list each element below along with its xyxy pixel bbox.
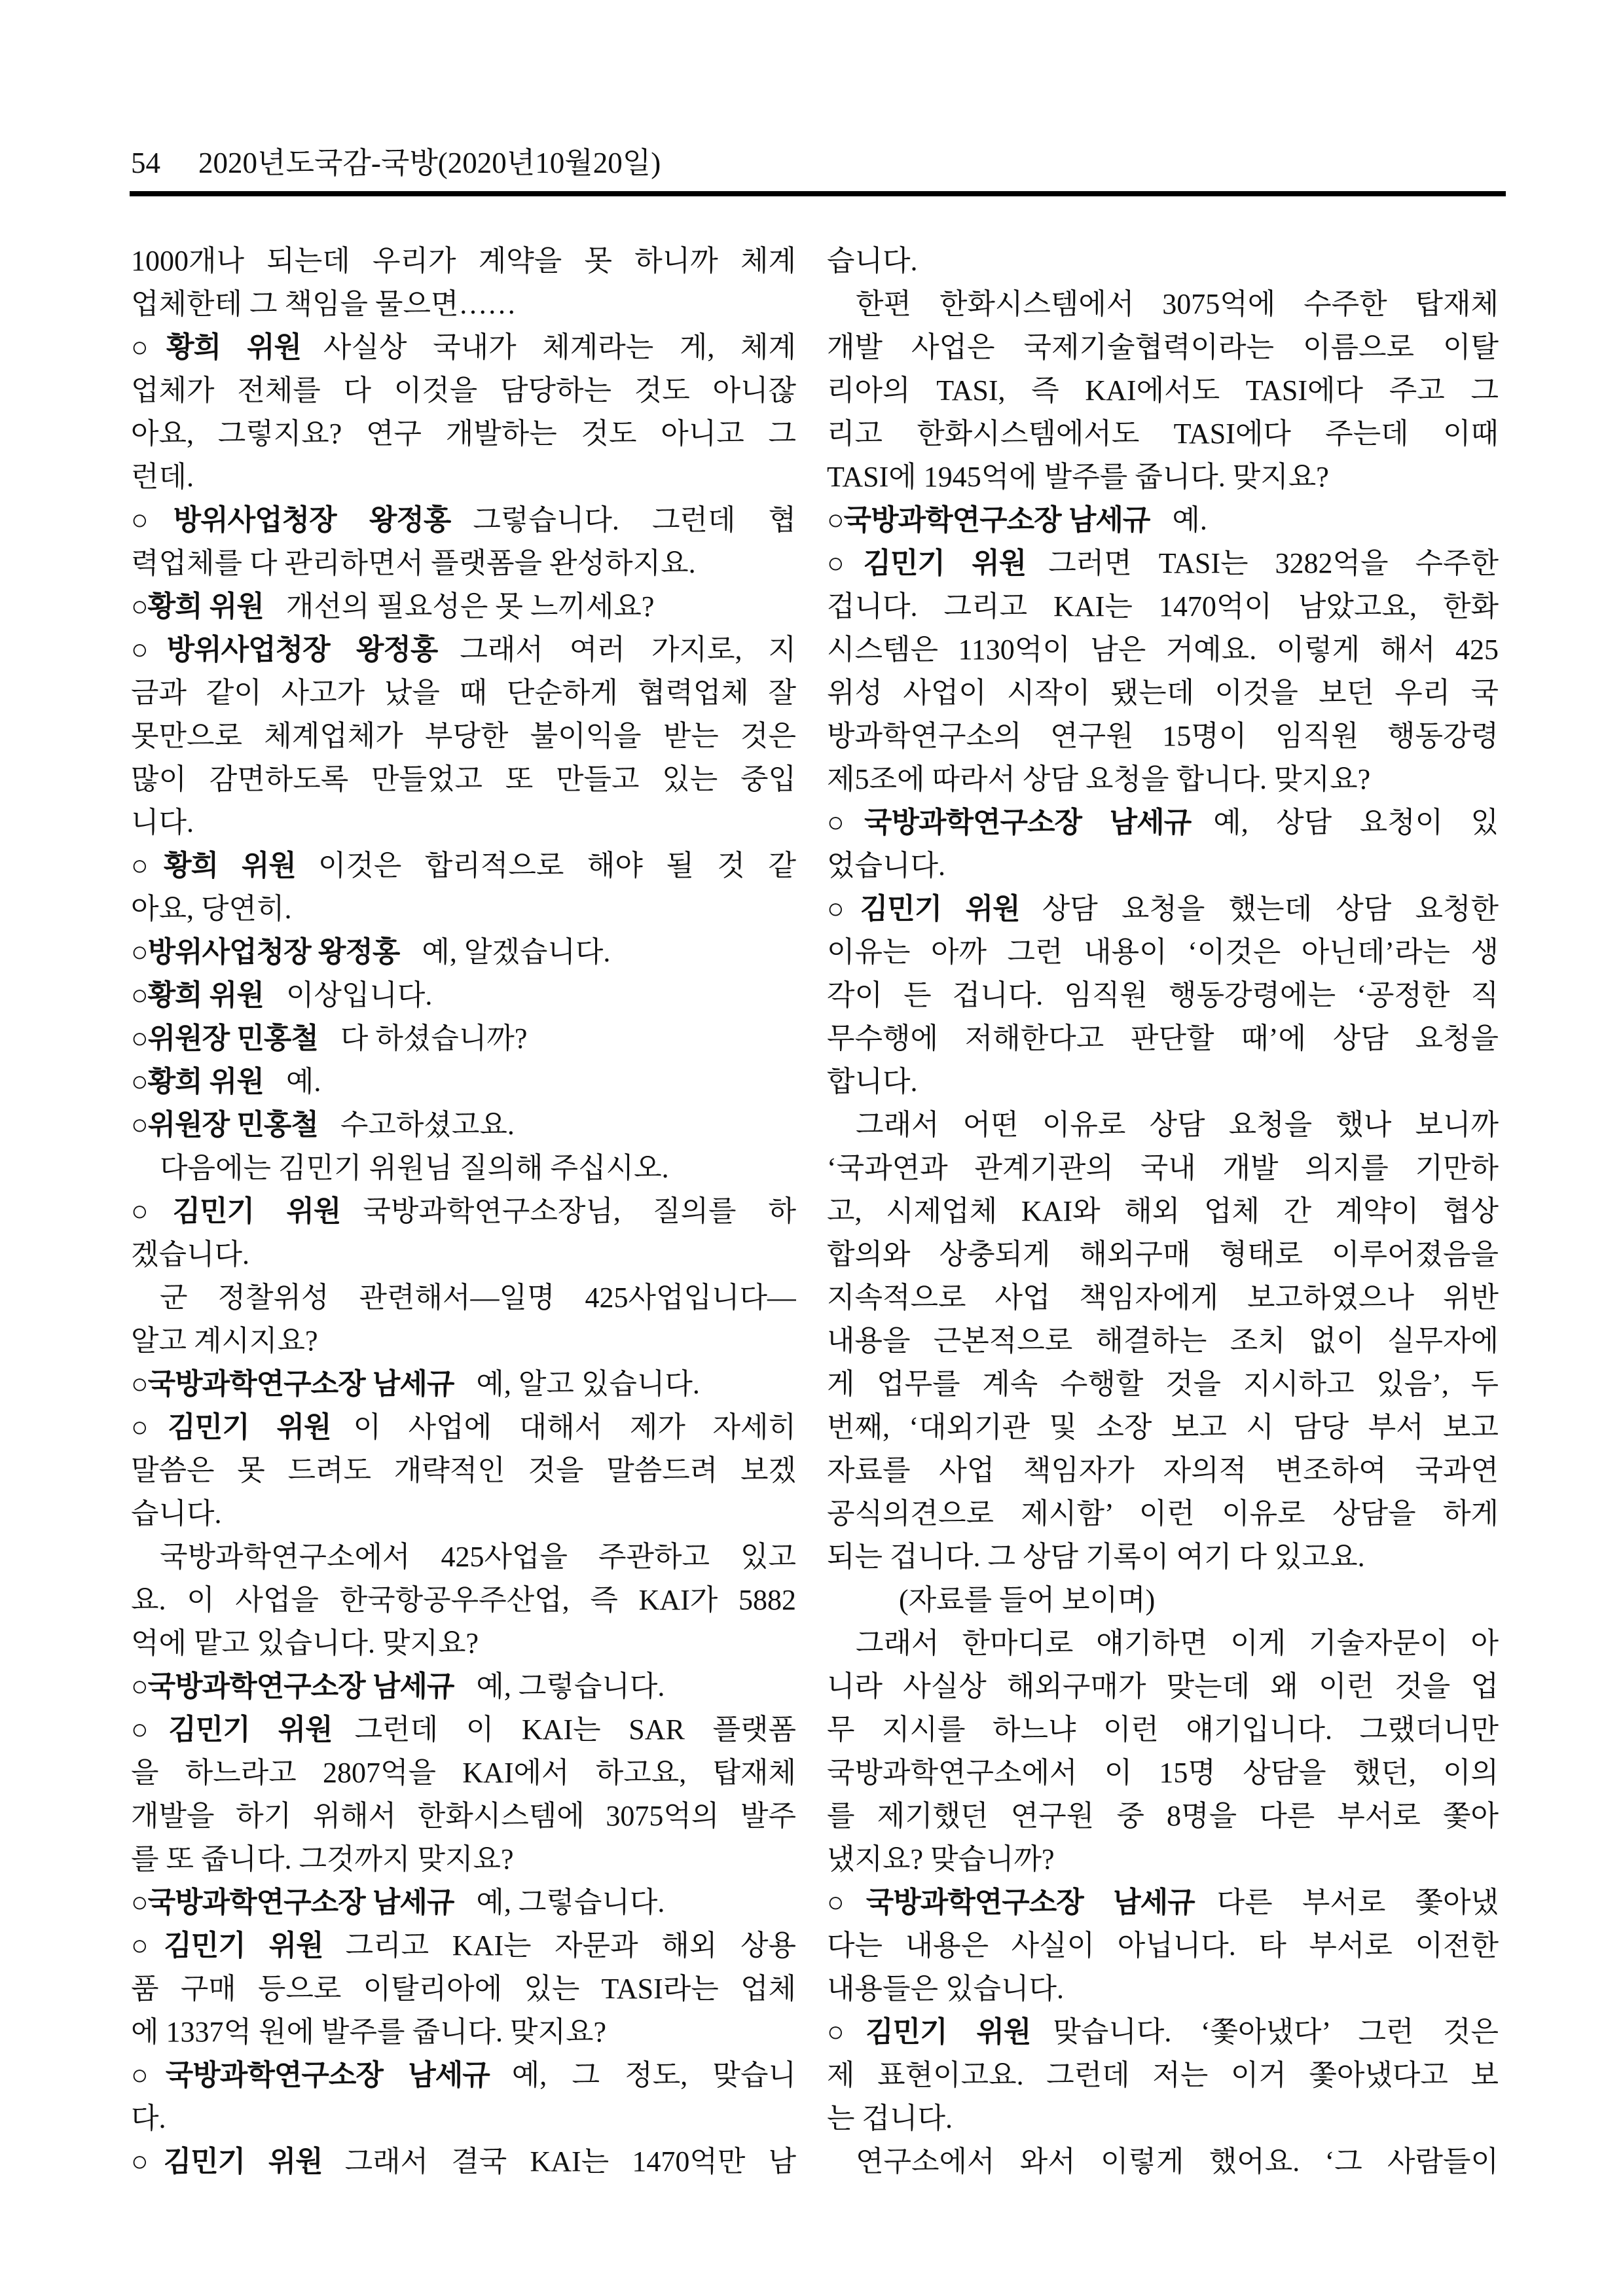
text-line: 합니다. <box>827 1060 1499 1103</box>
text-line: 다는 내용은 사실이 아닙니다. 타 부서로 이전한 <box>827 1924 1499 1967</box>
text-column-right: 습니다.한편 한화시스템에서 3075억에 수주한 탑재체개발 사업은 국제기술… <box>827 240 1499 2183</box>
text-line: 요. 이 사업을 한국항공우주산업, 즉 KAI가 5882 <box>131 1579 796 1622</box>
text-line: ○국방과학연구소장 남세규예, 그렇습니다. <box>131 1665 796 1708</box>
text-line: 리고 한화시스템에서도 TASI에다 주는데 이때 <box>827 412 1499 456</box>
text-line: 을 하느라고 2807억을 KAI에서 하고요, 탑재체 <box>131 1751 796 1795</box>
text-line: 품 구매 등으로 이탈리아에 있는 TASI라는 업체 <box>131 1967 796 2011</box>
speaker-name: ○김민기 위원 <box>131 2145 323 2178</box>
speaker-name: ○국방과학연구소장 남세규 <box>131 2059 490 2091</box>
text-line: 제5조에 따라서 상담 요청을 합니다. 맞지요? <box>827 758 1499 801</box>
text-line: 자료를 사업 책임자가 자의적 변조하여 국과연 <box>827 1449 1499 1492</box>
speaker-name: ○국방과학연구소장 남세규 <box>827 806 1191 838</box>
text-line: ○국방과학연구소장 남세규예, 그렇습니다. <box>131 1881 796 1924</box>
text-line: 는 겁니다. <box>827 2097 1499 2140</box>
text-line: 를 제기했던 연구원 중 8명을 다른 부서로 쫓아 <box>827 1795 1499 1838</box>
speaker-name: ○국방과학연구소장 남세규 <box>131 1670 454 1702</box>
text-line: 개발을 하기 위해서 한화시스템에 3075억의 발주 <box>131 1795 796 1838</box>
text-line: 다. <box>131 2097 796 2140</box>
speaker-name: ○황희 위원 <box>131 850 296 882</box>
text-line: ○김민기 위원그래서 결국 KAI는 1470억만 남 <box>131 2140 796 2183</box>
text-line: TASI에 1945억에 발주를 줍니다. 맞지요? <box>827 456 1499 499</box>
text-line: ○국방과학연구소장 남세규예. <box>827 499 1499 542</box>
text-line: 겠습니다. <box>131 1233 796 1276</box>
text-line: ○방위사업청장 왕정홍그래서 여러 가지로, 지 <box>131 628 796 672</box>
text-line: ○김민기 위원그런데 이 KAI는 SAR 플랫폼 <box>131 1708 796 1751</box>
text-line: ○방위사업청장 왕정홍예, 알겠습니다. <box>131 931 796 974</box>
text-line: 습니다. <box>827 240 1499 283</box>
page-number: 54 <box>131 146 160 180</box>
text-line: 내용들은 있습니다. <box>827 1967 1499 2011</box>
text-line: 제 표현이고요. 그런데 저는 이거 쫓아냈다고 보 <box>827 2054 1499 2097</box>
text-line: 억에 맡고 있습니다. 맞지요? <box>131 1622 796 1665</box>
text-line: 를 또 줍니다. 그것까지 맞지요? <box>131 1838 796 1881</box>
text-line: ○김민기 위원그러면 TASI는 3282억을 수주한 <box>827 542 1499 585</box>
text-line: ○위원장 민홍철다 하셨습니까? <box>131 1017 796 1060</box>
text-line: ○황희 위원개선의 필요성은 못 느끼세요? <box>131 585 796 628</box>
text-line: 지속적으로 사업 책임자에게 보고하였으나 위반 <box>827 1276 1499 1319</box>
speaker-name: ○황희 위원 <box>131 1066 264 1098</box>
page-header: 542020년도국감-국방(2020년10월20일) <box>131 139 661 181</box>
text-line: ○김민기 위원이 사업에 대해서 제가 자세히 <box>131 1406 796 1449</box>
speaker-name: ○김민기 위원 <box>827 893 1020 925</box>
text-line: 었습니다. <box>827 844 1499 888</box>
speaker-name: ○방위사업청장 왕정홍 <box>131 504 450 536</box>
text-line: ○국방과학연구소장 남세규다른 부서로 쫓아냈 <box>827 1881 1499 1924</box>
speaker-name: ○김민기 위원 <box>131 1713 333 1746</box>
speaker-name: ○김민기 위원 <box>131 1411 331 1443</box>
text-line: 알고 계시지요? <box>131 1319 796 1363</box>
speaker-name: ○황희 위원 <box>131 979 264 1011</box>
header-title: 2020년도국감-국방(2020년10월20일) <box>198 147 661 179</box>
text-line: 그래서 한마디로 얘기하면 이게 기술자문이 아 <box>827 1622 1499 1665</box>
text-line: 업체한테 그 책임을 물으면…… <box>131 283 796 326</box>
text-line: 합의와 상충되게 해외구매 형태로 이루어졌음을 <box>827 1233 1499 1276</box>
text-line: 무 지시를 하느냐 이런 얘기입니다. 그랬더니만 <box>827 1708 1499 1751</box>
text-line: 군 정찰위성 관련해서—일명 425사업입니다— <box>131 1276 796 1319</box>
text-line: 고, 시제업체 KAI와 해외 업체 간 계약이 협상 <box>827 1190 1499 1233</box>
speaker-name: ○위원장 민홍철 <box>131 1022 318 1054</box>
text-line: 공식의견으로 제시함’ 이런 이유로 상담을 하게 <box>827 1492 1499 1535</box>
speaker-name: ○국방과학연구소장 남세규 <box>827 504 1150 536</box>
speaker-name: ○김민기 위원 <box>827 2016 1030 2048</box>
speaker-name: ○방위사업청장 왕정홍 <box>131 634 437 666</box>
speaker-name: ○황희 위원 <box>131 590 264 622</box>
text-line: 무수행에 저해한다고 판단할 때’에 상담 요청을 <box>827 1017 1499 1060</box>
text-line: (자료를 들어 보이며) <box>827 1579 1499 1622</box>
text-line: 개발 사업은 국제기술협력이라는 이름으로 이탈 <box>827 326 1499 369</box>
text-line: 국방과학연구소에서 이 15명 상담을 했던, 이의 <box>827 1751 1499 1795</box>
text-line: ○황희 위원사실상 국내가 체계라는 게, 체계 <box>131 326 796 369</box>
text-line: 연구소에서 와서 이렇게 했어요. ‘그 사람들이 <box>827 2140 1499 2183</box>
text-line: 력업체를 다 관리하면서 플랫폼을 완성하지요. <box>131 542 796 585</box>
document-page: 542020년도국감-국방(2020년10월20일) 1000개나 되는데 우리… <box>0 0 1623 2296</box>
speaker-name: ○방위사업청장 왕정홍 <box>131 936 399 968</box>
text-line: 방과학연구소의 연구원 15명이 임직원 행동강령 <box>827 715 1499 758</box>
header-rule <box>130 191 1506 196</box>
text-line: 런데. <box>131 456 796 499</box>
text-line: ○황희 위원예. <box>131 1060 796 1103</box>
text-line: 아요, 당연히. <box>131 888 796 931</box>
speaker-name: ○김민기 위원 <box>131 1195 340 1227</box>
text-line: 번째, ‘대외기관 및 소장 보고 시 담당 부서 보고 <box>827 1406 1499 1449</box>
text-line: 그래서 어떤 이유로 상담 요청을 했나 보니까 <box>827 1103 1499 1147</box>
speaker-name: ○김민기 위원 <box>827 547 1026 579</box>
text-line: ○방위사업청장 왕정홍그렇습니다. 그런데 협 <box>131 499 796 542</box>
speaker-name: ○국방과학연구소장 남세규 <box>131 1368 454 1400</box>
text-line: ○김민기 위원맞습니다. ‘쫓아냈다’ 그런 것은 <box>827 2011 1499 2054</box>
text-line: 게 업무를 계속 수행할 것을 지시하고 있음’, 두 <box>827 1363 1499 1406</box>
text-line: 에 1337억 원에 발주를 줍니다. 맞지요? <box>131 2011 796 2054</box>
speaker-name: ○황희 위원 <box>131 331 301 363</box>
text-line: 각이 든 겁니다. 임직원 행동강령에는 ‘공정한 직 <box>827 974 1499 1017</box>
text-line: 1000개나 되는데 우리가 계약을 못 하니까 체계 <box>131 240 796 283</box>
text-line: 업체가 전체를 다 이것을 담당하는 것도 아니잖 <box>131 369 796 412</box>
text-line: 리아의 TASI, 즉 KAI에서도 TASI에다 주고 그 <box>827 369 1499 412</box>
text-line: ○위원장 민홍철수고하셨고요. <box>131 1103 796 1147</box>
text-line: 말씀은 못 드려도 개략적인 것을 말씀드려 보겠 <box>131 1449 796 1492</box>
text-line: ‘국과연과 관계기관의 국내 개발 의지를 기만하 <box>827 1147 1499 1190</box>
text-line: ○김민기 위원상담 요청을 했는데 상담 요청한 <box>827 888 1499 931</box>
text-line: 겁니다. 그리고 KAI는 1470억이 남았고요, 한화 <box>827 585 1499 628</box>
text-line: 니다. <box>131 801 796 844</box>
speaker-name: ○위원장 민홍철 <box>131 1109 318 1141</box>
text-line: 아요, 그렇지요? 연구 개발하는 것도 아니고 그 <box>131 412 796 456</box>
text-line: ○김민기 위원국방과학연구소장님, 질의를 하 <box>131 1190 796 1233</box>
text-line: 되는 겁니다. 그 상담 기록이 여기 다 있고요. <box>827 1535 1499 1579</box>
text-line: 습니다. <box>131 1492 796 1535</box>
text-column-left: 1000개나 되는데 우리가 계약을 못 하니까 체계업체한테 그 책임을 물으… <box>131 240 796 2183</box>
text-line: ○국방과학연구소장 남세규예, 상담 요청이 있 <box>827 801 1499 844</box>
text-line: ○국방과학연구소장 남세규예, 알고 있습니다. <box>131 1363 796 1406</box>
speaker-name: ○국방과학연구소장 남세규 <box>827 1886 1195 1918</box>
text-line: 내용을 근본적으로 해결하는 조치 없이 실무자에 <box>827 1319 1499 1363</box>
speaker-name: ○김민기 위원 <box>131 1929 323 1962</box>
text-line: 많이 감면하도록 만들었고 또 만들고 있는 중입 <box>131 758 796 801</box>
text-line: 이유는 아까 그런 내용이 ‘이것은 아닌데’라는 생 <box>827 931 1499 974</box>
text-line: 니라 사실상 해외구매가 맞는데 왜 이런 것을 업 <box>827 1665 1499 1708</box>
text-line: ○황희 위원이상입니다. <box>131 974 796 1017</box>
text-line: 시스템은 1130억이 남은 거예요. 이렇게 해서 425 <box>827 628 1499 672</box>
text-line: ○국방과학연구소장 남세규예, 그 정도, 맞습니 <box>131 2054 796 2097</box>
text-line: ○황희 위원이것은 합리적으로 해야 될 것 같 <box>131 844 796 888</box>
text-line: 금과 같이 사고가 났을 때 단순하게 협력업체 잘 <box>131 672 796 715</box>
text-line: 못만으로 체계업체가 부당한 불이익을 받는 것은 <box>131 715 796 758</box>
text-line: 한편 한화시스템에서 3075억에 수주한 탑재체 <box>827 283 1499 326</box>
text-line: 다음에는 김민기 위원님 질의해 주십시오. <box>131 1147 796 1190</box>
text-line: 국방과학연구소에서 425사업을 주관하고 있고 <box>131 1535 796 1579</box>
text-line: ○김민기 위원그리고 KAI는 자문과 해외 상용 <box>131 1924 796 1967</box>
speaker-name: ○국방과학연구소장 남세규 <box>131 1886 454 1918</box>
text-line: 위성 사업이 시작이 됐는데 이것을 보던 우리 국 <box>827 672 1499 715</box>
text-line: 냈지요? 맞습니까? <box>827 1838 1499 1881</box>
